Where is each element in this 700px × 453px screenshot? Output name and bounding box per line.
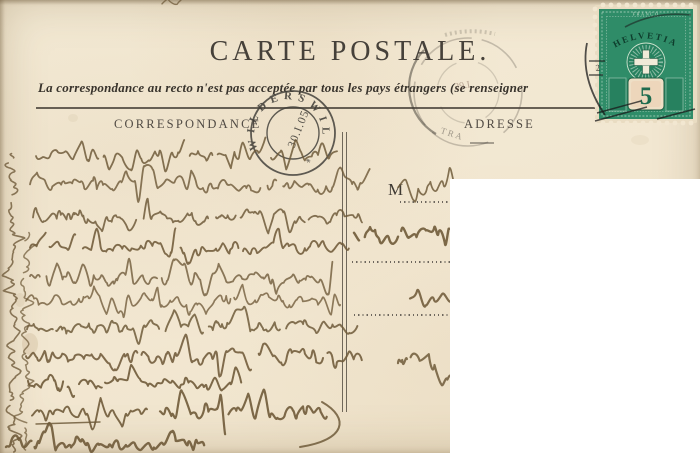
postmark-arrival: 29.I TRA xyxy=(409,31,522,146)
handwriting-bottom-fragment xyxy=(6,423,204,452)
stamp-denomination: 5 xyxy=(640,83,653,110)
handwriting-top-speck xyxy=(162,0,182,4)
handwriting-line xyxy=(30,165,370,202)
handwriting-line xyxy=(27,307,357,344)
postmark-date: 30.I.05 xyxy=(286,109,312,150)
arrival-date-fragment: 29.I xyxy=(454,79,472,93)
handwriting-line xyxy=(30,259,340,296)
handwriting-line xyxy=(30,228,349,264)
handwriting-line xyxy=(33,199,362,234)
handwriting-address-flourish xyxy=(398,168,456,202)
handwriting-address-line xyxy=(354,226,461,245)
handwriting-line xyxy=(26,285,348,318)
handwriting-line xyxy=(28,365,241,397)
white-patch-overlay xyxy=(450,179,700,453)
postcard-back: CARTE POSTALE. La correspondance au rect… xyxy=(0,0,700,453)
postmark-wilderswil: WILDERSWIL 30.I.05 * xyxy=(245,90,335,175)
handwriting-signature xyxy=(160,390,327,435)
postage-stamp: FRANCO HELVETIA 5 xyxy=(585,3,697,126)
handwriting-line xyxy=(26,335,362,377)
